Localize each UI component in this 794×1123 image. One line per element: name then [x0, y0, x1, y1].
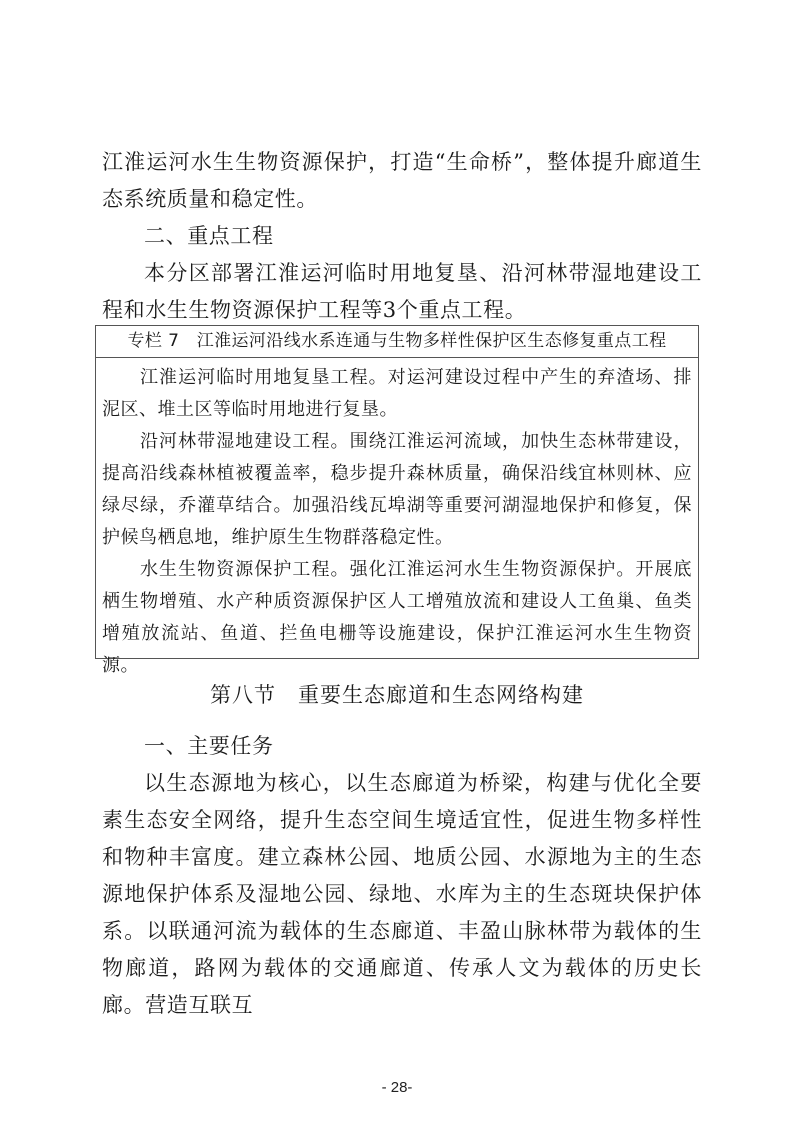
section-title: 第八节 重要生态廊道和生态网络构建 [0, 680, 794, 710]
project-riverside-forest-wetland: 沿河林带湿地建设工程。围绕江淮运河流域，加快生态林带建设，提高沿线森林植被覆盖率… [102, 426, 692, 554]
subheading-key-projects: 二、重点工程 [102, 218, 702, 255]
document-page: 江淮运河水生生物资源保护，打造“生命桥”，整体提升廊道生态系统质量和稳定性。 二… [0, 0, 794, 1123]
key-projects-intro: 本分区部署江淮运河临时用地复垦、沿河林带湿地建设工程和水生生物资源保护工程等3个… [102, 255, 702, 329]
top-text-block: 江淮运河水生生物资源保护，打造“生命桥”，整体提升廊道生态系统质量和稳定性。 二… [102, 144, 702, 329]
project-land-reclamation: 江淮运河临时用地复垦工程。对运河建设过程中产生的弃渣场、排泥区、堆土区等临时用地… [102, 362, 692, 426]
main-tasks-paragraph: 以生态源地为核心，以生态廊道为桥梁，构建与优化全要素生态安全网络，提升生态空间生… [102, 765, 702, 1024]
continued-paragraph: 江淮运河水生生物资源保护，打造“生命桥”，整体提升廊道生态系统质量和稳定性。 [102, 144, 702, 218]
feature-box-title: 专栏 7 江淮运河沿线水系连通与生物多样性保护区生态修复重点工程 [96, 326, 698, 358]
feature-box-column-7: 专栏 7 江淮运河沿线水系连通与生物多样性保护区生态修复重点工程 江淮运河临时用… [95, 325, 699, 659]
subheading-main-tasks: 一、主要任务 [102, 728, 702, 765]
project-aquatic-resources: 水生生物资源保护工程。强化江淮运河水生生物资源保护。开展底栖生物增殖、水产种质资… [102, 554, 692, 682]
page-number: - 28- [0, 1079, 794, 1096]
feature-box-body: 江淮运河临时用地复垦工程。对运河建设过程中产生的弃渣场、排泥区、堆土区等临时用地… [96, 358, 698, 682]
section-text-block: 一、主要任务 以生态源地为核心，以生态廊道为桥梁，构建与优化全要素生态安全网络，… [102, 728, 702, 1024]
